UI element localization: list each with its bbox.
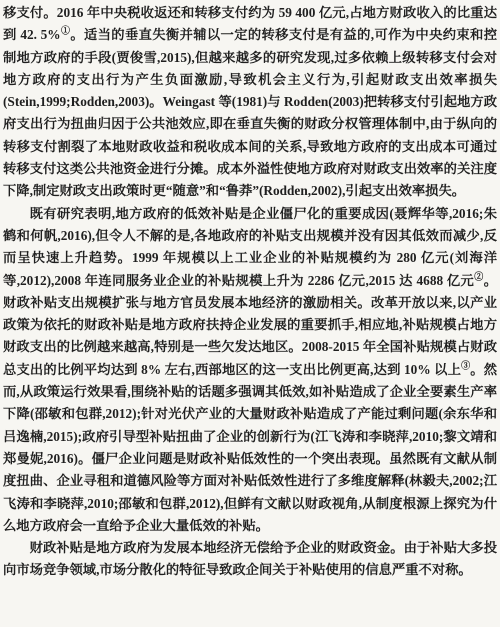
text-run: 既有研究表明,地方政府的低效补贴是企业僵尸化的重要成因(聂辉华等,2016;朱鹤…: [3, 206, 497, 288]
paragraph: 移支付。2016 年中央税收返还和转移支付约为 59 400 亿元,占地方财政收…: [3, 2, 497, 203]
footnote-marker: ②: [474, 271, 483, 281]
text-run: 财政补贴是地方政府为发展本地经济无偿给予企业的财政资金。由于补贴大多投向市场竞争…: [3, 540, 497, 577]
footnote-marker: ①: [61, 26, 71, 36]
footnote-marker: ③: [461, 360, 470, 370]
text-run: 。适当的垂直失衡并辅以一定的转移支付是有益的,可作为中央约束和控制地方政府的手段…: [3, 27, 497, 198]
text-run: 。财政补贴支出规模扩张与地方官员发展本地经济的激励相关。改革开放以来,以产业政策…: [3, 273, 497, 377]
paragraph: 财政补贴是地方政府为发展本地经济无偿给予企业的财政资金。由于补贴大多投向市场竞争…: [3, 537, 497, 582]
paragraph: 既有研究表明,地方政府的低效补贴是企业僵尸化的重要成因(聂辉华等,2016;朱鹤…: [3, 203, 497, 537]
text-run: 。然而,从政策运行效果看,围绕补贴的话题多强调其低效,如补贴造成了企业全要素生产…: [3, 362, 497, 533]
document-page: 移支付。2016 年中央税收返还和转移支付约为 59 400 亿元,占地方财政收…: [0, 0, 500, 627]
